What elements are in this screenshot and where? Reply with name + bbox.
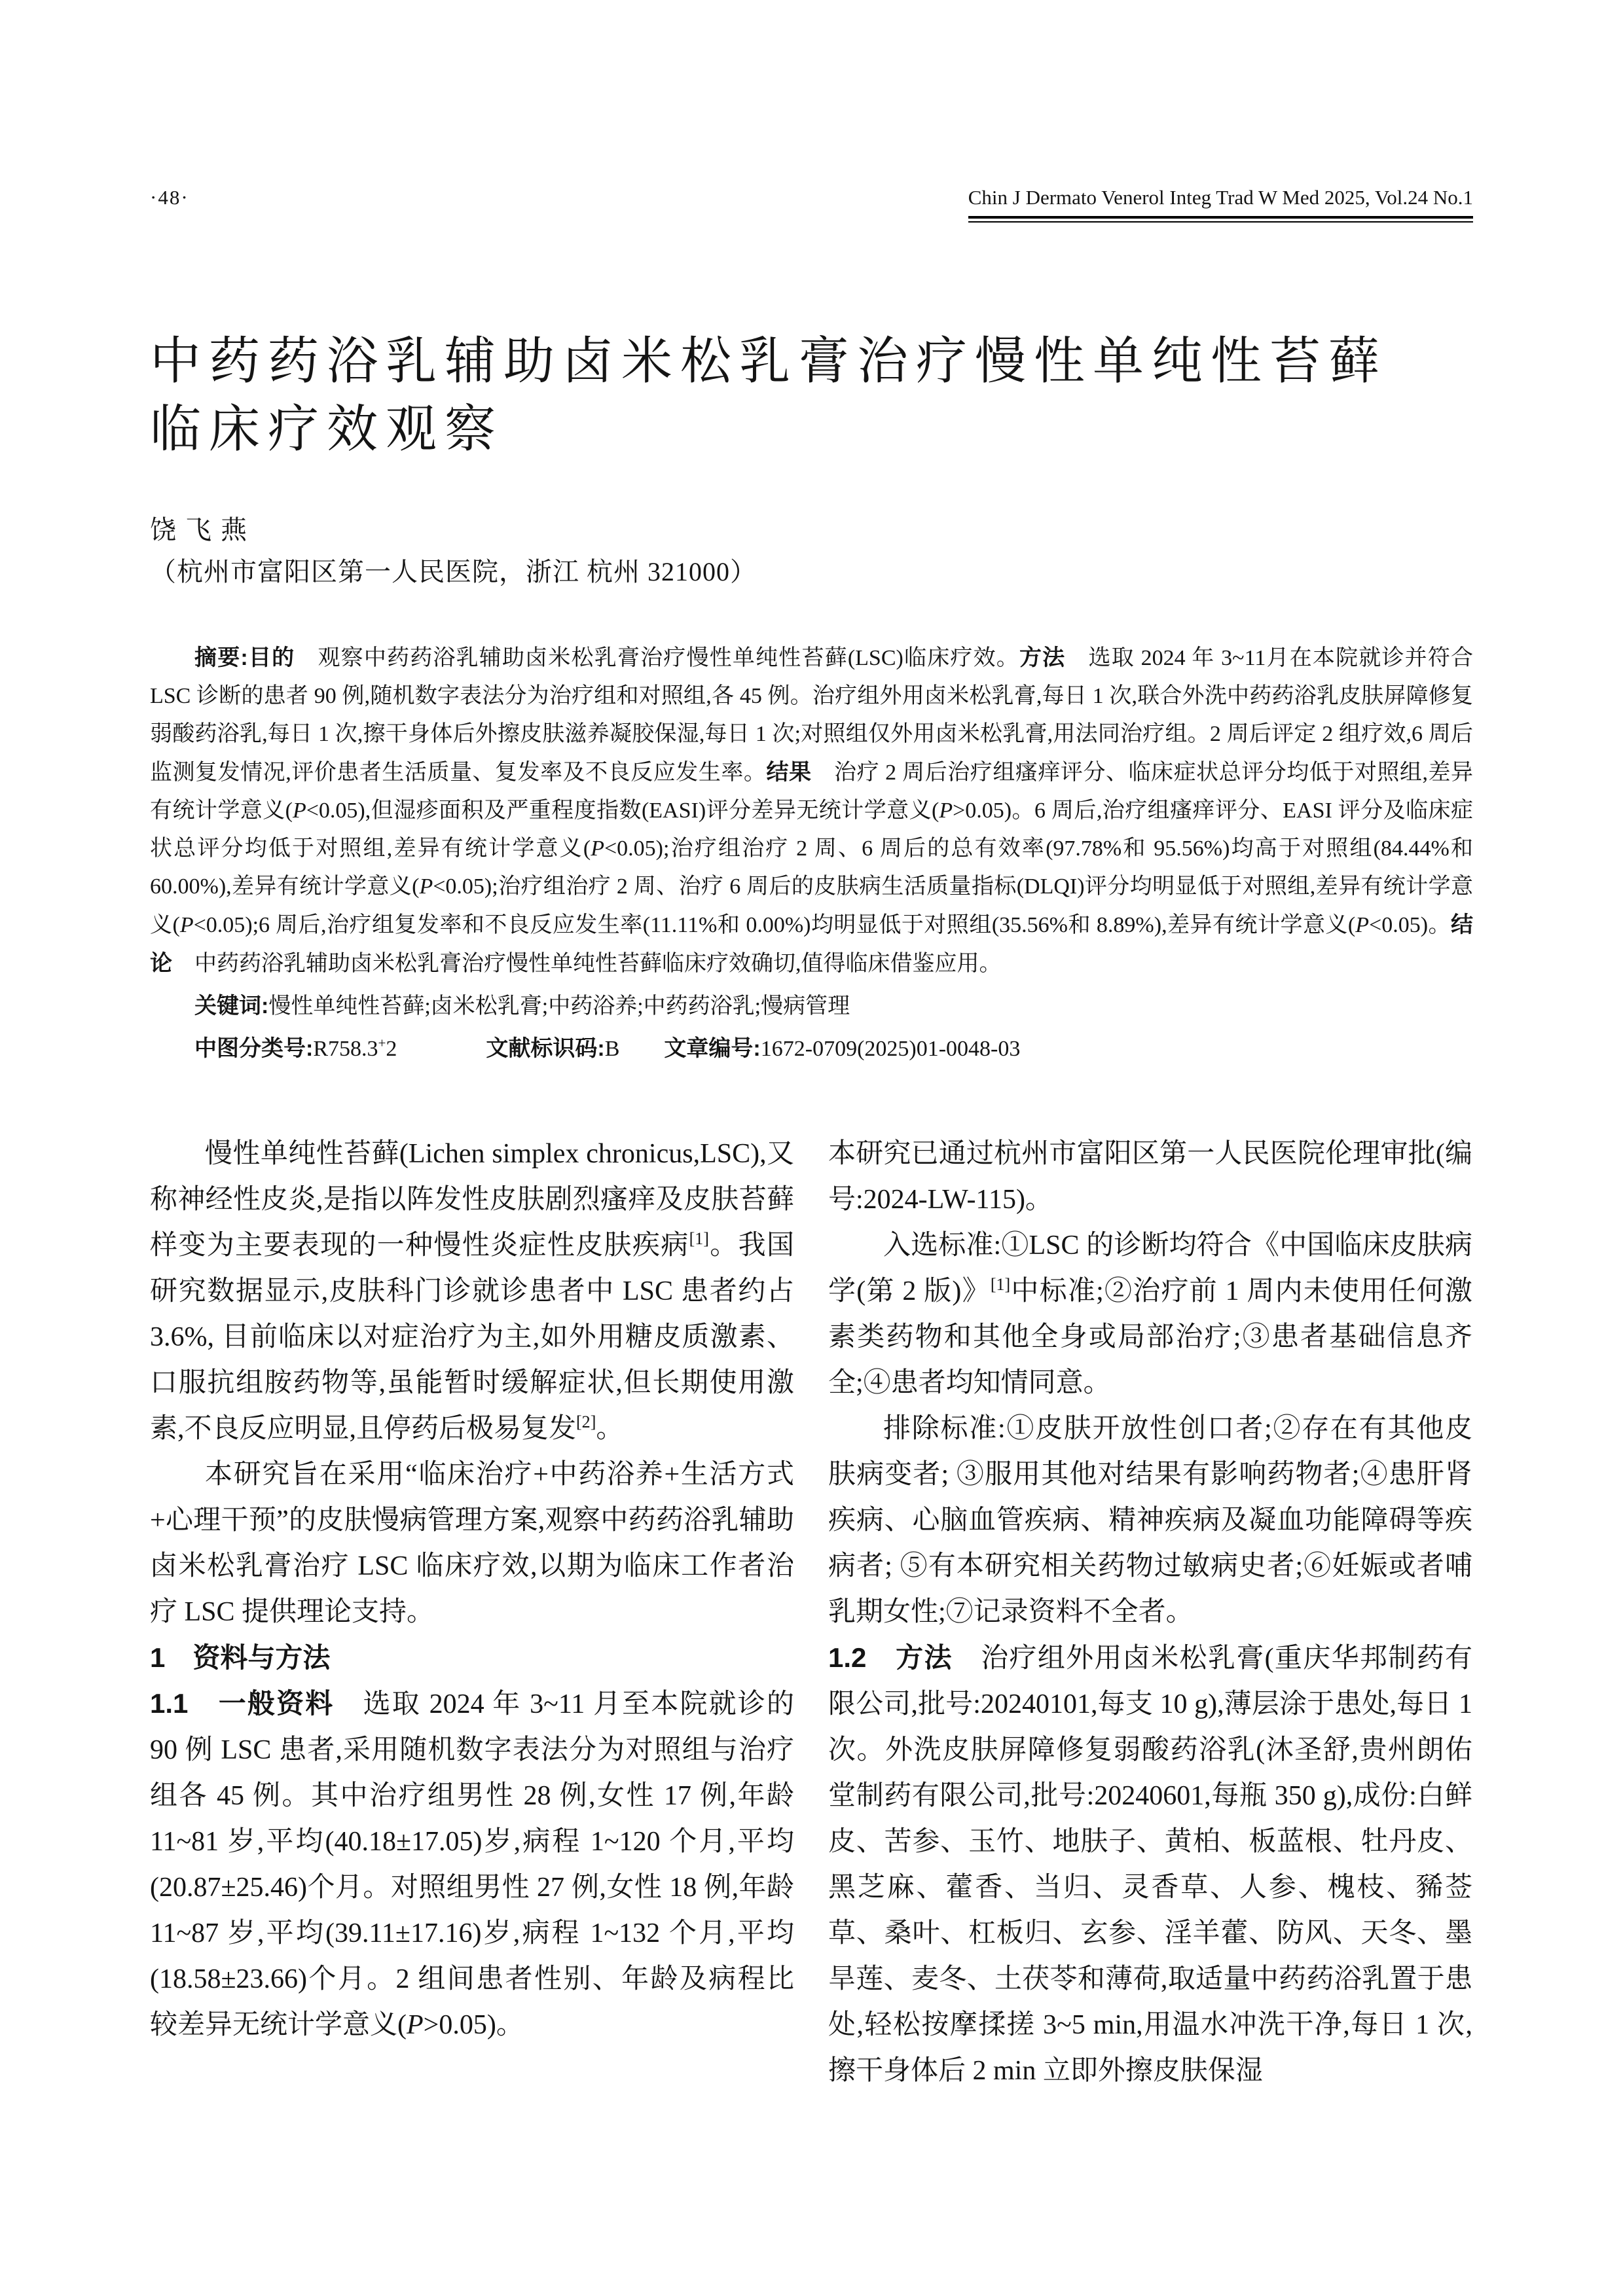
body-columns: 慢性单纯性苔藓(Lichen simplex chronicus,LSC),又称… (150, 1131, 1473, 2094)
section-1-1-paragraph: 1.1 一般资料 选取 2024 年 3~11 月至本院就诊的 90 例 LSC… (150, 1681, 794, 2048)
abstract-paragraph: 摘要:目的 观察中药药浴乳辅助卤米松乳膏治疗慢性单纯性苔藓(LSC)临床疗效。方… (150, 639, 1473, 983)
ethics-paragraph: 本研究已通过杭州市富阳区第一人民医院伦理审批(编号:2024-LW-115)。 (828, 1131, 1472, 1223)
running-head: ·48· Chin J Dermato Venerol Integ Trad W… (150, 185, 1473, 223)
left-column: 慢性单纯性苔藓(Lichen simplex chronicus,LSC),又称… (150, 1131, 794, 2094)
article-title-line2: 临床疗效观察 (150, 395, 1473, 463)
page-number: ·48· (150, 185, 189, 210)
right-column: 本研究已通过杭州市富阳区第一人民医院伦理审批(编号:2024-LW-115)。 … (828, 1131, 1472, 2094)
section-1-2-paragraph: 1.2 方法 治疗组外用卤米松乳膏(重庆华邦制药有限公司,批号:20240101… (828, 1635, 1472, 2094)
keywords-line: 关键词:慢性单纯性苔藓;卤米松乳膏;中药浴养;中药药浴乳;慢病管理 (150, 987, 1473, 1026)
inclusion-criteria-paragraph: 入选标准:①LSC 的诊断均符合《中国临床皮肤病学(第 2 版)》[1]中标准;… (828, 1223, 1472, 1406)
author-name: 饶飞燕 (150, 514, 1473, 546)
journal-citation-block: Chin J Dermato Venerol Integ Trad W Med … (968, 185, 1473, 223)
author-affiliation: （杭州市富阳区第一人民医院，浙江 杭州 321000） (150, 556, 1473, 588)
intro-paragraph-1: 慢性单纯性苔藓(Lichen simplex chronicus,LSC),又称… (150, 1131, 794, 1452)
article-title-line1: 中药药浴乳辅助卤米松乳膏治疗慢性单纯性苔藓 (150, 327, 1473, 395)
intro-paragraph-2: 本研究旨在采用“临床治疗+中药浴养+生活方式+心理干预”的皮肤慢病管理方案,观察… (150, 1452, 794, 1635)
header-rule (968, 216, 1473, 223)
journal-citation: Chin J Dermato Venerol Integ Trad W Med … (968, 186, 1473, 209)
classification-line: 中图分类号:R758.3+2 文献标识码:B 文章编号:1672-0709(20… (150, 1030, 1473, 1068)
journal-page: ·48· Chin J Dermato Venerol Integ Trad W… (0, 0, 1623, 2296)
section-heading-1: 1 资料与方法 (150, 1635, 794, 1681)
article-title: 中药药浴乳辅助卤米松乳膏治疗慢性单纯性苔藓 临床疗效观察 (150, 327, 1473, 463)
exclusion-criteria-paragraph: 排除标准:①皮肤开放性创口者;②存在有其他皮肤病变者; ③服用其他对结果有影响药… (828, 1406, 1472, 1635)
